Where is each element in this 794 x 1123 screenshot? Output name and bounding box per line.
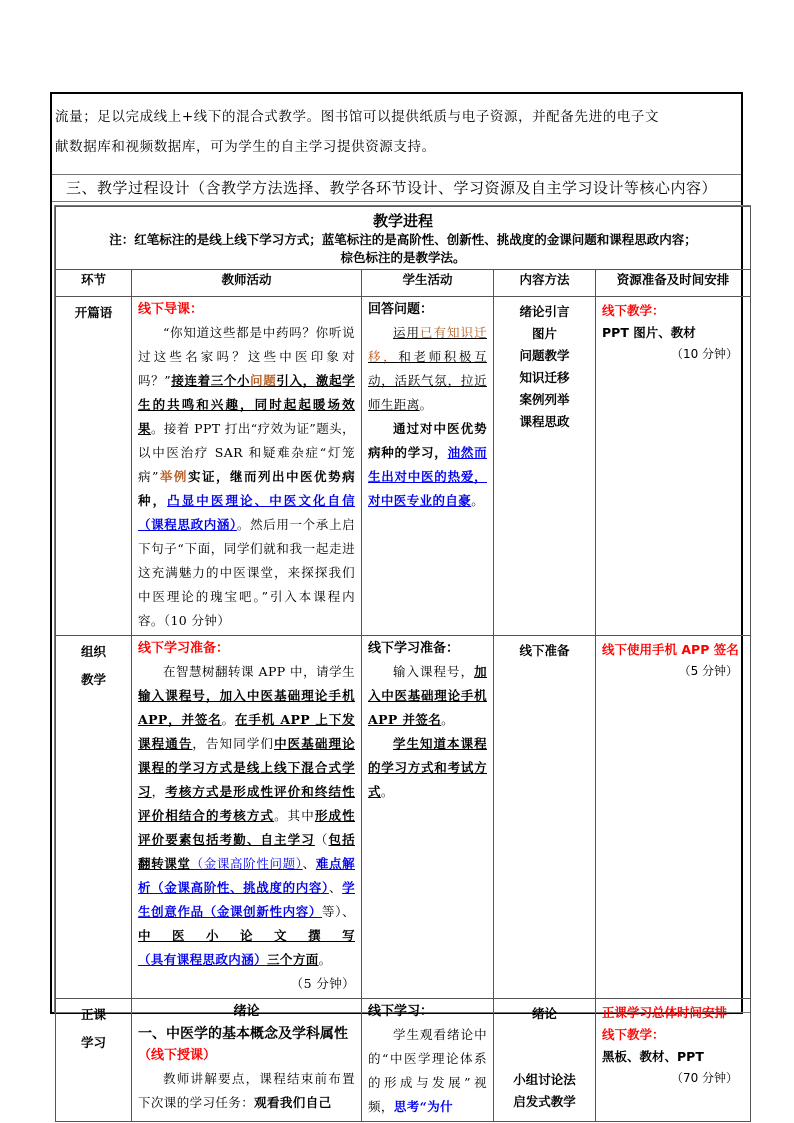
teacher-activity-cell: 线下导课： “你知道这些都是中药吗？你听说过这些名家吗？这些中医印象对吗？”接连… <box>132 297 362 636</box>
table-row: 组织 教学 线下学习准备： 在智慧树翻转课 APP 中，请学生输入课程号，加入中… <box>56 636 751 999</box>
intro-line-2: 献数据库和视频数据库，可为学生的自主学习提供资源支持。 <box>55 132 739 162</box>
col-header-student: 学生活动 <box>362 270 494 297</box>
student-activity-label: 线下学习准备： <box>368 638 487 660</box>
col-header-method: 内容方法 <box>494 270 596 297</box>
student-activity-text-1: 输入课程号，加入中医基础理论手机 APP 并签名。 <box>368 660 487 732</box>
column-header-row: 环节 教师活动 学生活动 内容方法 资源准备及时间安排 <box>56 270 751 297</box>
intro-line-1: 流量；足以完成线上+线下的混合式教学。图书馆可以提供纸质与电子资源，并配备先进的… <box>55 102 739 132</box>
student-activity-text-2: 学生知道本课程的学习方式和考试方式。 <box>368 732 487 804</box>
teacher-mode-label: （线下授课） <box>138 1045 355 1067</box>
resources-cell: 正课学习总体时间安排 线下教学： 黑板、教材、PPT （70 分钟） <box>596 999 751 1122</box>
col-header-stage: 环节 <box>56 270 132 297</box>
table-row: 正课 学习 绪论 一、中医学的基本概念及学科属性 （线下授课） 教师讲解要点，课… <box>56 999 751 1122</box>
student-activity-cell: 线下学习准备： 输入课程号，加入中医基础理论手机 APP 并签名。 学生知道本课… <box>362 636 494 999</box>
stage-cell: 开篇语 <box>56 297 132 636</box>
process-title-cell: 教学进程 注：红笔标注的是线上线下学习方式；蓝笔标注的是高阶性、创新性、挑战度的… <box>56 207 751 270</box>
stage-cell: 组织 教学 <box>56 636 132 999</box>
method-cell: 线下准备 <box>494 636 596 999</box>
method-cell: 绪论 小组讨论法 启发式教学 <box>494 999 596 1122</box>
method-cell: 绪论引言 图片 问题教学 知识迁移 案例列举 课程思政 <box>494 297 596 636</box>
resources-cell: 线下教学： PPT 图片、教材 （10 分钟） <box>596 297 751 636</box>
teacher-mode-label: 线下学习准备： <box>138 638 355 660</box>
teaching-process-container: 教学进程 注：红笔标注的是线上线下学习方式；蓝笔标注的是高阶性、创新性、挑战度的… <box>54 205 751 1013</box>
document-frame: 流量；足以完成线上+线下的混合式教学。图书馆可以提供纸质与电子资源，并配备先进的… <box>50 92 743 1014</box>
process-note-2: 棕色标注的是教学法。 <box>60 249 746 267</box>
lesson-subheading: 一、中医学的基本概念及学科属性 <box>138 1023 355 1045</box>
student-activity-label: 线下学习： <box>368 1001 487 1023</box>
col-header-resources: 资源准备及时间安排 <box>596 270 751 297</box>
lesson-heading: 绪论 <box>138 1001 355 1023</box>
teacher-activity-cell: 绪论 一、中医学的基本概念及学科属性 （线下授课） 教师讲解要点，课程结束前布置… <box>132 999 362 1122</box>
teacher-activity-cell: 线下学习准备： 在智慧树翻转课 APP 中，请学生输入课程号，加入中医基础理论手… <box>132 636 362 999</box>
col-header-teacher: 教师活动 <box>132 270 362 297</box>
teaching-process-table: 教学进程 注：红笔标注的是线上线下学习方式；蓝笔标注的是高阶性、创新性、挑战度的… <box>55 206 751 1122</box>
process-title: 教学进程 <box>60 211 746 231</box>
section-header: 三、教学过程设计（含教学方法选择、教学各环节设计、学习资源及自主学习设计等核心内… <box>52 175 741 202</box>
student-activity-text-2: 通过对中医优势病种的学习，油然而生出对中医的热爱，对中医专业的自豪。 <box>368 417 487 513</box>
student-activity-cell: 回答问题： 运用已有知识迁移，和老师积极互动，活跃气氛，拉近师生距离。 通过对中… <box>362 297 494 636</box>
process-note-1: 注：红笔标注的是线上线下学习方式；蓝笔标注的是高阶性、创新性、挑战度的金课问题和… <box>60 231 746 249</box>
student-activity-label: 回答问题： <box>368 299 487 321</box>
teacher-activity-text: 教师讲解要点，课程结束前布置下次课的学习任务：观看我们自己 <box>138 1067 355 1115</box>
teacher-activity-text: “你知道这些都是中药吗？你听说过这些名家吗？这些中医印象对吗？”接连着三个小问题… <box>138 321 355 633</box>
teacher-mode-label: 线下导课： <box>138 299 355 321</box>
student-activity-cell: 线下学习： 学生观看绪论中的“中医学理论体系的形成与发展”视频，思考“为什 <box>362 999 494 1122</box>
student-activity-text-1: 运用已有知识迁移，和老师积极互动，活跃气氛，拉近师生距离。 <box>368 321 487 417</box>
student-activity-text-1: 学生观看绪论中的“中医学理论体系的形成与发展”视频，思考“为什 <box>368 1023 487 1119</box>
resources-paragraph: 流量；足以完成线上+线下的混合式教学。图书馆可以提供纸质与电子资源，并配备先进的… <box>52 94 741 175</box>
teacher-activity-text: 在智慧树翻转课 APP 中，请学生输入课程号，加入中医基础理论手机 APP，并签… <box>138 660 355 972</box>
resources-cell: 线下使用手机 APP 签名 （5 分钟） <box>596 636 751 999</box>
stage-cell: 正课 学习 <box>56 999 132 1122</box>
table-row: 开篇语 线下导课： “你知道这些都是中药吗？你听说过这些名家吗？这些中医印象对吗… <box>56 297 751 636</box>
